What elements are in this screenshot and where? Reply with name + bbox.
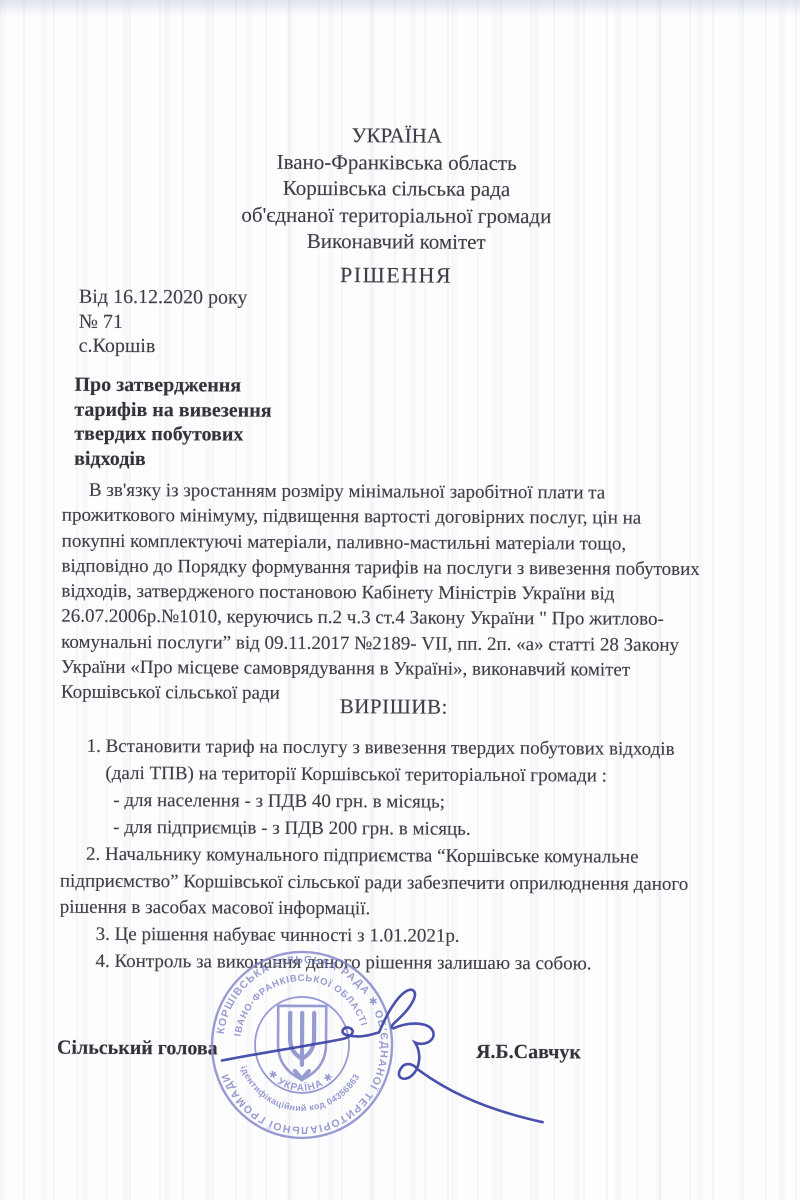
letterhead-committee: Виконавчий комітет — [1, 226, 791, 257]
letterhead-country: УКРАЇНА — [2, 120, 792, 151]
meta-date: Від 16.12.2020 року — [79, 285, 248, 310]
item-line: рішення в засобах масової інформації. — [60, 895, 770, 926]
decision-items: 1. Встановити тариф на послугу з вивезен… — [59, 734, 770, 980]
meta-place: с.Коршів — [79, 334, 248, 359]
resolved-heading: ВИРІШИВ: — [0, 692, 789, 721]
subject-block: Про затвердження тарифів на вивезення тв… — [74, 373, 272, 472]
letterhead-council: Коршівська сільська рада — [1, 173, 791, 204]
preamble-line: 26.07.2006р.№1010, керуючись п.2 ч.3 ст.… — [61, 604, 761, 633]
handwritten-signature — [207, 974, 608, 1126]
document-meta: Від 16.12.2020 року № 71 с.Коршів — [79, 285, 248, 359]
letterhead-community: об'єднаної територіальної громади — [1, 200, 791, 231]
item-line: 1. Встановити тариф на послугу з вивезен… — [61, 734, 771, 765]
item-line: 2. Начальнику комунального підприємства … — [60, 841, 770, 872]
meta-number: № 71 — [79, 309, 248, 334]
item-line: 3. Це рішення набуває чинності з 1.01.20… — [60, 922, 770, 953]
scanned-document-page: УКРАЇНА Івано-Франківська область Коршів… — [0, 0, 800, 1200]
subject-line: тарифів на вивезення — [74, 397, 271, 423]
letterhead-region: Івано-Франківська область — [2, 147, 792, 178]
item-line: підприємство” Коршівської сільської ради… — [60, 868, 770, 899]
subject-line: відходів — [74, 446, 271, 472]
item-line: - для підприємців - з ПДВ 200 грн. в міс… — [60, 814, 770, 845]
preamble-line: відповідно до Порядку формування тарифів… — [61, 554, 761, 583]
item-line: - для населення - з ПДВ 40 грн. в місяць… — [60, 787, 770, 818]
preamble-line: В зв'язку із зростанням розміру мінімаль… — [62, 478, 762, 507]
letterhead: УКРАЇНА Івано-Франківська область Коршів… — [1, 120, 792, 257]
subject-line: Про затвердження — [74, 373, 271, 399]
signature-stroke — [222, 989, 544, 1122]
preamble-line: України «Про місцеве самоврядування в Ук… — [61, 655, 761, 684]
preamble-line: покупні комплектуючі матеріали, паливно-… — [62, 528, 762, 557]
preamble-line: комунальні послуги” від 09.11.2017 №2189… — [61, 629, 761, 658]
preamble-line: відходів, затвердженого постановою Кабін… — [61, 579, 761, 608]
preamble-line: прожиткового мінімуму, підвищення вартос… — [62, 503, 762, 532]
subject-line: твердих побутових — [74, 422, 271, 448]
preamble-paragraph: В зв'язку із зростанням розміру мінімаль… — [61, 478, 762, 709]
signature-role: Сільський голова — [57, 1037, 218, 1061]
item-line: (далі ТПВ) на території Коршівської тери… — [60, 761, 770, 792]
